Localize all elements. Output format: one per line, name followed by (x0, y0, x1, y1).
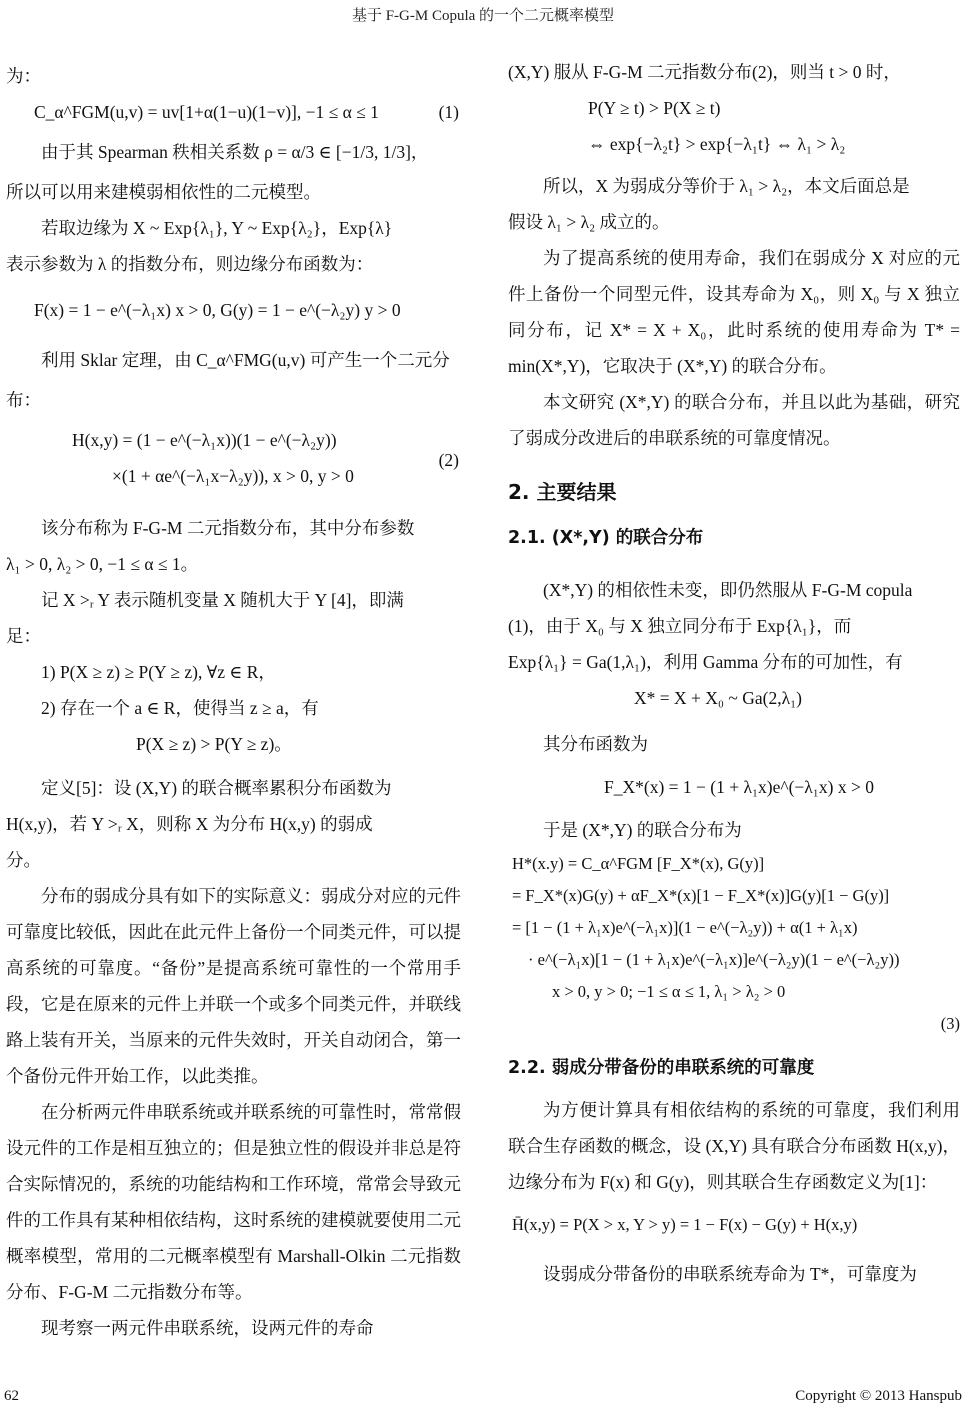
lead-text: 为： (6, 58, 461, 94)
right-column: (X,Y) 服从 F-G-M 二元指数分布(2)，则当 t > 0 时， P(Y… (508, 54, 960, 1292)
margins-line-2: 表示参数为 λ 的指数分布，则边缘分布函数为： (6, 246, 461, 282)
sklar-line-2: 布： (6, 382, 461, 418)
equation-2-number: (2) (439, 442, 459, 478)
spearman-cont: 所以可以用来建模弱相依性的二元模型。 (6, 174, 461, 210)
equation-survival: H̄(x,y) = P(X > x, Y > y) = 1 − F(x) − G… (508, 1200, 960, 1250)
equation-1-body: C_α^FGM(u,v) = uv[1+α(1−u)(1−v)], −1 ≤ α… (34, 102, 379, 122)
meaning-paragraph: 分布的弱成分具有如下的实际意义：弱成分对应的元件可靠度比较低，因此在此元件上备份… (6, 878, 461, 1094)
definition-line-3: 分。 (6, 842, 461, 878)
definition-line-1: 定义[5]：设 (X,Y) 的联合概率累积分布函数为 (6, 770, 461, 806)
equation-3: H*(x.y) = C_α^FGM [F_X*(x), G(y)] = F_X*… (508, 848, 960, 1040)
named-line-1: 该分布称为 F-G-M 二元指数分布，其中分布参数 (6, 510, 461, 546)
equation-a: P(Y ≥ t) > P(X ≥ t) (508, 90, 960, 126)
equation-3-line-2: = F_X*(x)G(y) + αF_X*(x)[1 − F_X*(x)]G(y… (512, 880, 960, 912)
equation-b: ⇔ exp{−λ₂t} > exp{−λ₁t} ⇔ λ₁ > λ₂ (508, 126, 960, 162)
section-heading-2-1: 2.1. (X*,Y) 的联合分布 (508, 518, 960, 558)
section-heading-2-2: 2.2. 弱成分带备份的串联系统的可靠度 (508, 1048, 960, 1088)
equation-2-line-2: ×(1 + αe^(−λ₁x−λ₂y)), x > 0, y > 0 (72, 458, 461, 494)
study-paragraph: 本文研究 (X*,Y) 的联合分布，并且以此为基础，研究了弱成分改进后的串联系统… (508, 384, 960, 456)
final-line: 设弱成分带备份的串联系统寿命为 T*，可靠度为 (508, 1256, 960, 1292)
cdf-intro: 其分布函数为 (508, 726, 960, 762)
named-line-2: λ₁ > 0, λ₂ > 0, −1 ≤ α ≤ 1。 (6, 546, 461, 582)
equation-margins: F(x) = 1 − e^(−λ₁x) x > 0, G(y) = 1 − e^… (6, 282, 461, 338)
dependence-line-3: Exp{λ₁} = Ga(1,λ₁)，利用 Gamma 分布的可加性，有 (508, 644, 960, 680)
analysis-paragraph: 在分析两元件串联系统或并联系统的可靠性时，常常假设元件的工作是相互独立的；但是独… (6, 1094, 461, 1310)
equation-3-line-3: = [1 − (1 + λ₁x)e^(−λ₁x)](1 − e^(−λ₂y)) … (512, 912, 960, 944)
spearman-text: 由于其 Spearman 秩相关系数 ρ = α/3 ∈ [−1/3, 1/3]… (6, 130, 461, 174)
equation-3-line-1: H*(x.y) = C_α^FGM [F_X*(x), G(y)] (512, 848, 960, 880)
equation-2: H(x,y) = (1 − e^(−λ₁x))(1 − e^(−λ₂y)) ×(… (6, 422, 461, 502)
equation-1-number: (1) (439, 94, 459, 130)
page-number: 62 (4, 1388, 19, 1405)
equation-3-line-5: x > 0, y > 0; −1 ≤ α ≤ 1, λ₁ > λ₂ > 0 (512, 976, 960, 1008)
dependence-line-2: (1)，由于 X₀ 与 X 独立同分布于 Exp{λ₁}，而 (508, 608, 960, 644)
equation-3-number: (3) (512, 1008, 960, 1040)
condition-1: 1) P(X ≥ z) ≥ P(Y ≥ z), ∀z ∈ R， (6, 654, 461, 690)
cont-line: (X,Y) 服从 F-G-M 二元指数分布(2)，则当 t > 0 时， (508, 54, 960, 90)
condition-2: 2) 存在一个 a ∈ R，使得当 z ≥ a，有 (6, 690, 461, 726)
backup-paragraph: 为了提高系统的使用寿命，我们在弱成分 X 对应的元件上备份一个同型元件，设其寿命… (508, 240, 960, 384)
equation-2-line-1: H(x,y) = (1 − e^(−λ₁x))(1 − e^(−λ₂y)) (72, 422, 461, 458)
equation-3-line-4: · e^(−λ₁x)[1 − (1 + λ₁x)e^(−λ₁x)]e^(−λ₂y… (512, 944, 960, 976)
joint-intro: 于是 (X*,Y) 的联合分布为 (508, 812, 960, 848)
left-column: 为： C_α^FGM(u,v) = uv[1+α(1−u)(1−v)], −1 … (6, 58, 461, 1346)
sklar-line-1: 利用 Sklar 定理，由 C_α^FMG(u,v) 可产生一个二元分 (6, 338, 461, 382)
copyright: Copyright © 2013 Hanspub (795, 1388, 962, 1405)
dependence-line-1: (X*,Y) 的相依性未变，即仍然服从 F-G-M copula (508, 572, 960, 608)
stoch-line-2: 足： (6, 618, 461, 654)
stoch-line-1: 记 X >ᵣ Y 表示随机变量 X 随机大于 Y [4]，即满 (6, 582, 461, 618)
equation-1: C_α^FGM(u,v) = uv[1+α(1−u)(1−v)], −1 ≤ α… (6, 94, 461, 130)
so-line-1: 所以，X 为弱成分等价于 λ₁ > λ₂，本文后面总是 (508, 168, 960, 204)
so-line-2: 假设 λ₁ > λ₂ 成立的。 (508, 204, 960, 240)
margins-line-1: 若取边缘为 X ~ Exp{λ₁}, Y ~ Exp{λ₂}，Exp{λ} (6, 210, 461, 246)
definition-line-2: H(x,y)，若 Y >ᵣ X，则称 X 为分布 H(x,y) 的弱成 (6, 806, 461, 842)
equation-cdf: F_X*(x) = 1 − (1 + λ₁x)e^(−λ₁x) x > 0 (508, 762, 960, 812)
running-title: 基于 F-G-M Copula 的一个二元概率模型 (0, 4, 966, 25)
consider-paragraph: 现考察一两元件串联系统，设两元件的寿命 (6, 1310, 461, 1346)
condition-2-equation: P(X ≥ z) > P(Y ≥ z)。 (6, 726, 461, 762)
survival-paragraph: 为方便计算具有相依结构的系统的可靠度，我们利用联合生存函数的概念，设 (X,Y)… (508, 1092, 960, 1200)
section-heading-2: 2. 主要结果 (508, 472, 960, 512)
equation-gamma: X* = X + X₀ ~ Ga(2,λ₁) (508, 680, 960, 716)
